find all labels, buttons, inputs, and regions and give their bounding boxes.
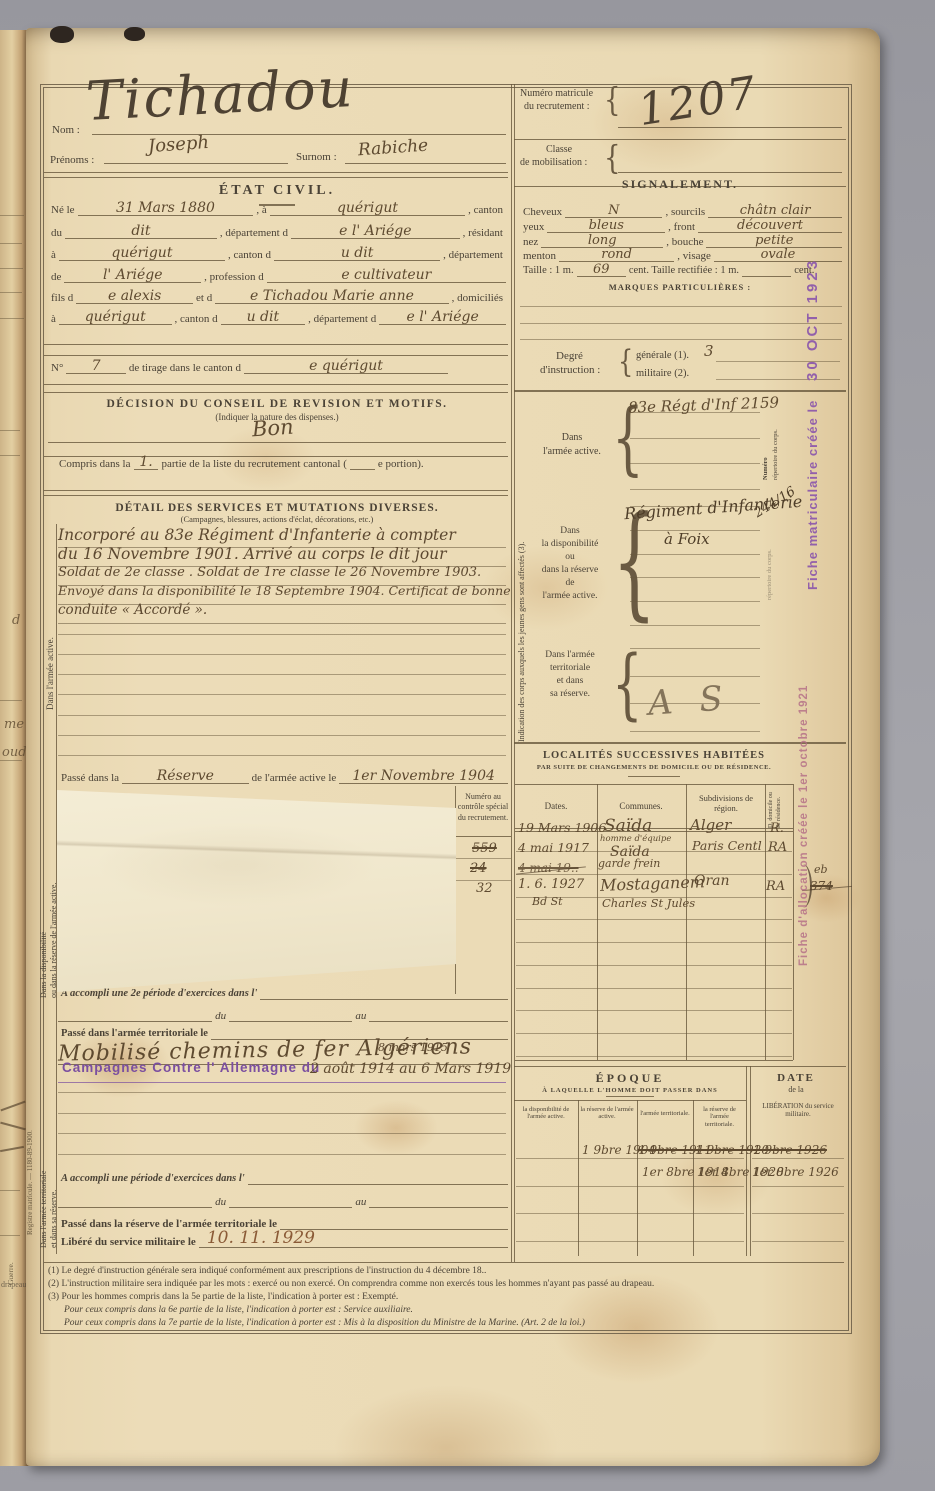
footnote-5: Pour ceux compris dans la 7e partie de l… (64, 1318, 585, 1329)
repertoire-vertical-label-2: répertoire du corps. (772, 400, 779, 480)
corps-active-label: Dans (562, 432, 583, 444)
rule (752, 1213, 844, 1214)
rule (58, 735, 506, 736)
label: , département (440, 249, 506, 261)
label: à (48, 249, 59, 261)
rule (44, 344, 508, 345)
epoque-subtitle: À LAQUELLE L'HOMME DOIT PASSER DANS (542, 1087, 717, 1094)
rule (514, 139, 846, 140)
label: du (212, 1196, 229, 1208)
epoque-col-header: LIBÉRATION du service militaire. (754, 1102, 842, 1118)
label: , canton d (172, 313, 221, 325)
corps-terr-label-4: sa réserve. (550, 689, 590, 700)
label: Né le (48, 204, 78, 216)
label: A accompli une période d'exercices dans … (58, 1173, 248, 1185)
corps-dispo-label: Dans (560, 526, 580, 537)
label: A accompli une 2e période d'exercices da… (58, 988, 260, 1000)
rule (516, 1241, 744, 1242)
rule (630, 648, 760, 649)
tirage-canton: e quérigut (244, 359, 448, 374)
rule (58, 1133, 506, 1134)
surnom-label: Surnom : (296, 151, 337, 164)
rule (618, 172, 842, 173)
instruction-generale-value: 3 (704, 344, 714, 359)
label: Passé dans la (58, 772, 122, 784)
localites-row-dr: R. (770, 822, 784, 835)
rule (752, 1241, 844, 1242)
classe-label-2: de mobilisation : (520, 157, 587, 169)
epoque-col-header: la réserve de l'armée active. (580, 1106, 634, 1121)
campagnes-dates: 2 août 1914 au 6 Mars 1919 (310, 1062, 511, 1076)
rule (516, 1056, 792, 1057)
rule (0, 760, 22, 761)
instruction-generale-label: générale (1). (636, 350, 689, 362)
corps-dispo-label-6: l'armée active. (543, 591, 598, 602)
profession-value: e cultivateur (267, 268, 506, 283)
rule (44, 384, 508, 385)
label: , département d (217, 227, 291, 239)
rule (58, 1113, 506, 1114)
rule (516, 965, 792, 966)
rule (618, 127, 842, 128)
repertoire-vertical-label-3: répertoire du corps. (766, 520, 773, 600)
margin-annotation-top: eb (814, 864, 828, 875)
rule (516, 1033, 792, 1034)
rule (58, 674, 506, 675)
prev-page-fragment: d (12, 614, 20, 627)
rule (345, 163, 506, 164)
binding-notch (50, 26, 74, 43)
services-subtitle: (Campagnes, blessures, actions d'éclat, … (181, 515, 374, 525)
rule (0, 700, 22, 701)
tirage-number: 7 (66, 359, 126, 374)
rule (0, 1190, 20, 1191)
spine-war-text: Guerre. (7, 1243, 15, 1285)
rule (752, 1158, 844, 1159)
liste-partie: 1. (134, 455, 159, 470)
services-text-line: conduite « Accordé ». (58, 604, 506, 624)
column-divider (511, 84, 512, 1262)
birth-line: Né le 31 Mars 1880 , à quérigut , canton (48, 194, 506, 216)
instruction-label-2: d'instruction : (540, 364, 600, 377)
rule (0, 318, 24, 319)
residence-canton: u dit (274, 246, 440, 261)
localites-row-dr: RA (766, 880, 785, 893)
parents-line: fils d e alexis et d e Tichadou Marie an… (48, 282, 506, 304)
localites-row-date: 19 Mars 1906 (518, 822, 606, 835)
rule (630, 554, 760, 555)
localites-subtitle: PAR SUITE DE CHANGEMENTS DE DOMICILE OU … (537, 764, 771, 771)
brace (618, 346, 633, 377)
profession-line: de l' Ariége , profession d e cultivateu… (48, 261, 506, 283)
table-border (515, 1060, 793, 1061)
blank-rules (58, 1092, 506, 1155)
rule (455, 836, 511, 837)
localites-row-date-2: Bd St (532, 896, 563, 907)
epoque-title: ÉPOQUE (596, 1072, 665, 1086)
title-flourish (628, 776, 680, 777)
canton-value: dit (65, 224, 217, 239)
prev-page-fragment: me (4, 718, 24, 731)
label: de l'armée active le (249, 772, 340, 784)
label: de tirage dans le canton d (126, 362, 244, 374)
paper-slip-overlay (57, 778, 456, 994)
taille-line: Taille : 1 m. 69 cent. Taille rectifiée … (520, 255, 842, 277)
rule (516, 988, 792, 989)
mobilise-date: 8 mars 1915 (378, 1042, 448, 1053)
rule (752, 1186, 844, 1187)
rule (0, 268, 23, 269)
taille-rectifiee-blank (742, 276, 791, 277)
rule (44, 177, 508, 178)
taille-value: 69 (577, 263, 626, 277)
corps-dispo-entry-2: à Foix (664, 532, 710, 547)
passe-reserve-line: Passé dans la Réserve de l'armée active … (58, 762, 508, 784)
rule (516, 942, 792, 943)
rule (514, 390, 846, 392)
epoque-value-struck: 1 9bre 1926 (753, 1144, 827, 1156)
label: Taille : 1 m. (520, 265, 577, 277)
epoque-col-header: la disponibilité de l'armée active. (517, 1106, 575, 1121)
localites-col-communes: Communes. (619, 801, 662, 811)
mother-name: e Tichadou Marie anne (215, 289, 448, 304)
rule (44, 172, 508, 173)
corps-dispo-label-4: dans la réserve (542, 565, 598, 576)
repertoire-vertical-label: Numéro (762, 400, 769, 480)
rule (630, 601, 760, 602)
label: Passé dans l'armée territoriale le (58, 1028, 211, 1040)
canton-line: du dit , département d e l' Ariége , rés… (48, 217, 506, 239)
departement-value: e l' Ariége (291, 224, 460, 239)
corps-dispo-rules (630, 506, 760, 626)
localites-row-note: homme d'équipe (600, 835, 671, 844)
column-divider (514, 84, 515, 1262)
binding-notch (124, 27, 145, 41)
epoque-date-title: DATE (777, 1072, 815, 1085)
localites-row-subdivision: Paris Centl (692, 840, 762, 853)
table-border (515, 784, 793, 785)
rule (0, 1235, 20, 1236)
epoque-col-header: l'armée territoriale. (639, 1110, 691, 1117)
stamp-date: 30 OCT 1923 (804, 258, 821, 381)
table-border (514, 1066, 846, 1067)
side-label-armee-active: Dans l'armée active. (46, 560, 56, 710)
epoque-value-2: 1er 8bre 1926 (752, 1166, 839, 1178)
epoque-col-header: la réserve de l'armée territoriale. (695, 1106, 744, 1128)
campagnes-stamp: Campagnes Contre l' Allemagne du (62, 1060, 320, 1075)
localites-title: LOCALITÉS SUCCESSIVES HABITÉES (543, 750, 765, 762)
prev-page-fragment: oud (2, 746, 27, 759)
corps-terr-label-2: territoriale (550, 663, 590, 674)
label: , à (253, 204, 269, 216)
side-label-territoriale: Dans l'armée territoriale (40, 1088, 49, 1248)
label: cent. Taille rectifiée : 1 m. (626, 265, 742, 277)
libere-date: 10. 11. 1929 (199, 1230, 508, 1248)
controle-number-struck: 559 (472, 842, 497, 855)
corps-terr-entry: A S (647, 681, 732, 721)
corps-terr-label: Dans l'armée (545, 650, 594, 661)
controle-number-struck: 24 (470, 862, 487, 875)
periode1-blank (248, 1184, 508, 1185)
signalement-title: SIGNALEMENT. (622, 178, 738, 192)
matricule-label-2: du recrutement : (524, 101, 590, 113)
rule (44, 495, 508, 496)
label: , canton (465, 204, 506, 216)
rule (455, 858, 511, 859)
birth-date: 31 Mars 1880 (78, 201, 254, 216)
controle-label: Numéro au contrôle spécial du recrutemen… (457, 792, 509, 823)
side-label-territoriale-2: et dans sa réserve. (50, 1088, 59, 1248)
compris-line: Compris dans la 1. partie de la liste du… (56, 448, 460, 470)
rule (516, 1158, 744, 1159)
surnom-value: Rabiche (357, 138, 428, 160)
localites-row-subdivision: Oran (694, 874, 730, 888)
rule (58, 715, 506, 716)
rule (58, 694, 506, 695)
name-signature: Tichadou (85, 61, 356, 129)
rule (44, 392, 508, 393)
label: , département d (305, 313, 379, 325)
corps-terr-label-3: et dans (557, 676, 584, 687)
rule (0, 215, 24, 216)
rule (630, 676, 760, 677)
rule (630, 438, 760, 439)
domicile-departement: e l' Ariége (379, 310, 506, 325)
marques-rules (520, 306, 842, 340)
epoque-date-sub: de la (788, 1085, 803, 1094)
rule (48, 442, 506, 443)
label: Compris dans la (56, 458, 134, 470)
domicile-canton: u dit (221, 310, 306, 325)
localites-row-date: 1. 6. 1927 (518, 878, 584, 891)
footnote-3: (3) Pour les hommes compris dans la 5e p… (48, 1292, 398, 1303)
footnote-2: (2) L'instruction militaire sera indiqué… (48, 1279, 654, 1290)
label: à (48, 313, 59, 325)
localites-row-date: 4 mai 1917 (518, 842, 589, 855)
matricule-created-stamp: Fiche matriculaire créée le 30 OCT 1923 (804, 182, 822, 590)
services-text-line: du 16 Novembre 1901. Arrivé au corps le … (58, 547, 506, 567)
brace (604, 84, 621, 117)
rule (516, 1213, 744, 1214)
rule (0, 243, 22, 244)
rule (630, 463, 760, 464)
table-column-line (746, 1066, 747, 1256)
birth-place: quérigut (270, 201, 465, 216)
classe-label-1: Classe (546, 144, 572, 156)
table-header-line (514, 1100, 746, 1101)
libere-line: Libéré du service militaire le 10. 11. 1… (58, 1226, 508, 1248)
rule (516, 1010, 792, 1011)
label: au (352, 1196, 369, 1208)
allocation-stamp: Fiche d'allocation créée le 1er octobre … (798, 562, 810, 966)
localites-row-subdivision: Alger (690, 818, 731, 833)
residence-line: à quérigut , canton d u dit , départemen… (48, 239, 506, 261)
rule (44, 490, 508, 491)
rule (0, 455, 20, 456)
spine-register-text: Registre matricule. — 1180-89-1900. (27, 1055, 35, 1235)
localites-row-commune-2: Charles St Jules (602, 898, 695, 910)
rule (58, 1154, 506, 1155)
label: e portion). (375, 458, 427, 470)
label: partie de la liste du recrutement canton… (158, 458, 349, 470)
decision-value: Bon (251, 417, 294, 441)
corps-dispo-label-5: de (566, 578, 575, 589)
passe-reserve-date: 1er Novembre 1904 (339, 769, 508, 784)
table-border (793, 784, 794, 1060)
passe-reserve-value: Réserve (122, 769, 249, 784)
rule (58, 654, 506, 655)
decision-title: DÉCISION DU CONSEIL DE REVISION ET MOTIF… (106, 398, 447, 411)
corps-active-rules (630, 412, 760, 490)
label: du (48, 227, 65, 239)
localites-row-note-2: garde frein (598, 858, 660, 869)
localites-row-commune: Saïda (604, 818, 652, 835)
label: , canton d (225, 249, 274, 261)
rule (630, 625, 760, 626)
rule (0, 292, 22, 293)
footnote-divider (44, 1262, 844, 1263)
domicile-place: quérigut (59, 310, 172, 325)
footnote-1: (1) Le degré d'instruction générale sera… (48, 1266, 486, 1277)
rule (0, 430, 20, 431)
corps-active-label-2: l'armée active. (543, 446, 601, 458)
brace (604, 142, 621, 175)
prenoms-value: Joseph (147, 134, 209, 156)
rule (516, 1186, 744, 1187)
rule (58, 634, 506, 635)
rule (514, 742, 846, 744)
rule (520, 306, 842, 307)
side-label-disponibilite: Dans la disponibilité (40, 828, 49, 998)
localites-col-subdivisions: Subdivisions de région. (688, 794, 764, 814)
localites-row-dr: RA (768, 841, 787, 854)
portion-blank (350, 469, 375, 470)
rule (630, 577, 760, 578)
residence-place: quérigut (59, 246, 225, 261)
prenoms-label: Prénoms : (50, 154, 94, 167)
nom-label: Nom : (52, 124, 80, 137)
rule (58, 755, 506, 756)
instruction-label-1: Degré (556, 350, 583, 363)
blank-rules (58, 634, 506, 756)
rule (516, 919, 792, 920)
table-column-line (750, 1066, 751, 1256)
rule (104, 163, 288, 164)
localites-col-dates: Dates. (545, 801, 568, 811)
rule (58, 1092, 506, 1093)
marques-label: MARQUES PARTICULIÈRES : (609, 283, 752, 293)
domicile-line: à quérigut , canton d u dit , départemen… (48, 303, 506, 325)
label: Libéré du service militaire le (58, 1236, 199, 1248)
residence-departement: l' Ariége (64, 268, 201, 283)
corps-dispo-label-3: ou (565, 552, 575, 563)
rule (520, 323, 842, 324)
label: , résidant (460, 227, 506, 239)
title-flourish (606, 1096, 654, 1097)
tirage-line: N° 7 de tirage dans le canton d e quérig… (48, 352, 448, 374)
footnote-4: Pour ceux compris dans la 6e partie de l… (64, 1305, 413, 1316)
corps-left-vertical-label: Indication des corps auxquels les jeunes… (518, 398, 527, 742)
localites-row-commune: Mostaganem (600, 874, 705, 894)
rule (520, 339, 842, 340)
corps-dispo-label-2: la disponibilité (542, 539, 599, 550)
instruction-militaire-label: militaire (2). (636, 368, 689, 380)
rule (630, 731, 760, 732)
stamp-rule (58, 1082, 506, 1083)
periode1-line: A accompli une période d'exercices dans … (58, 1163, 508, 1185)
periode1-dates-line: du au (58, 1186, 508, 1208)
father-name: e alexis (76, 289, 193, 304)
controle-number: 32 (476, 882, 493, 895)
label: N° (48, 362, 66, 374)
matricule-label-1: Numéro matricule (520, 88, 593, 100)
scanned-register-page: d me oud drapeau Registre matricule. — 1… (0, 0, 935, 1491)
